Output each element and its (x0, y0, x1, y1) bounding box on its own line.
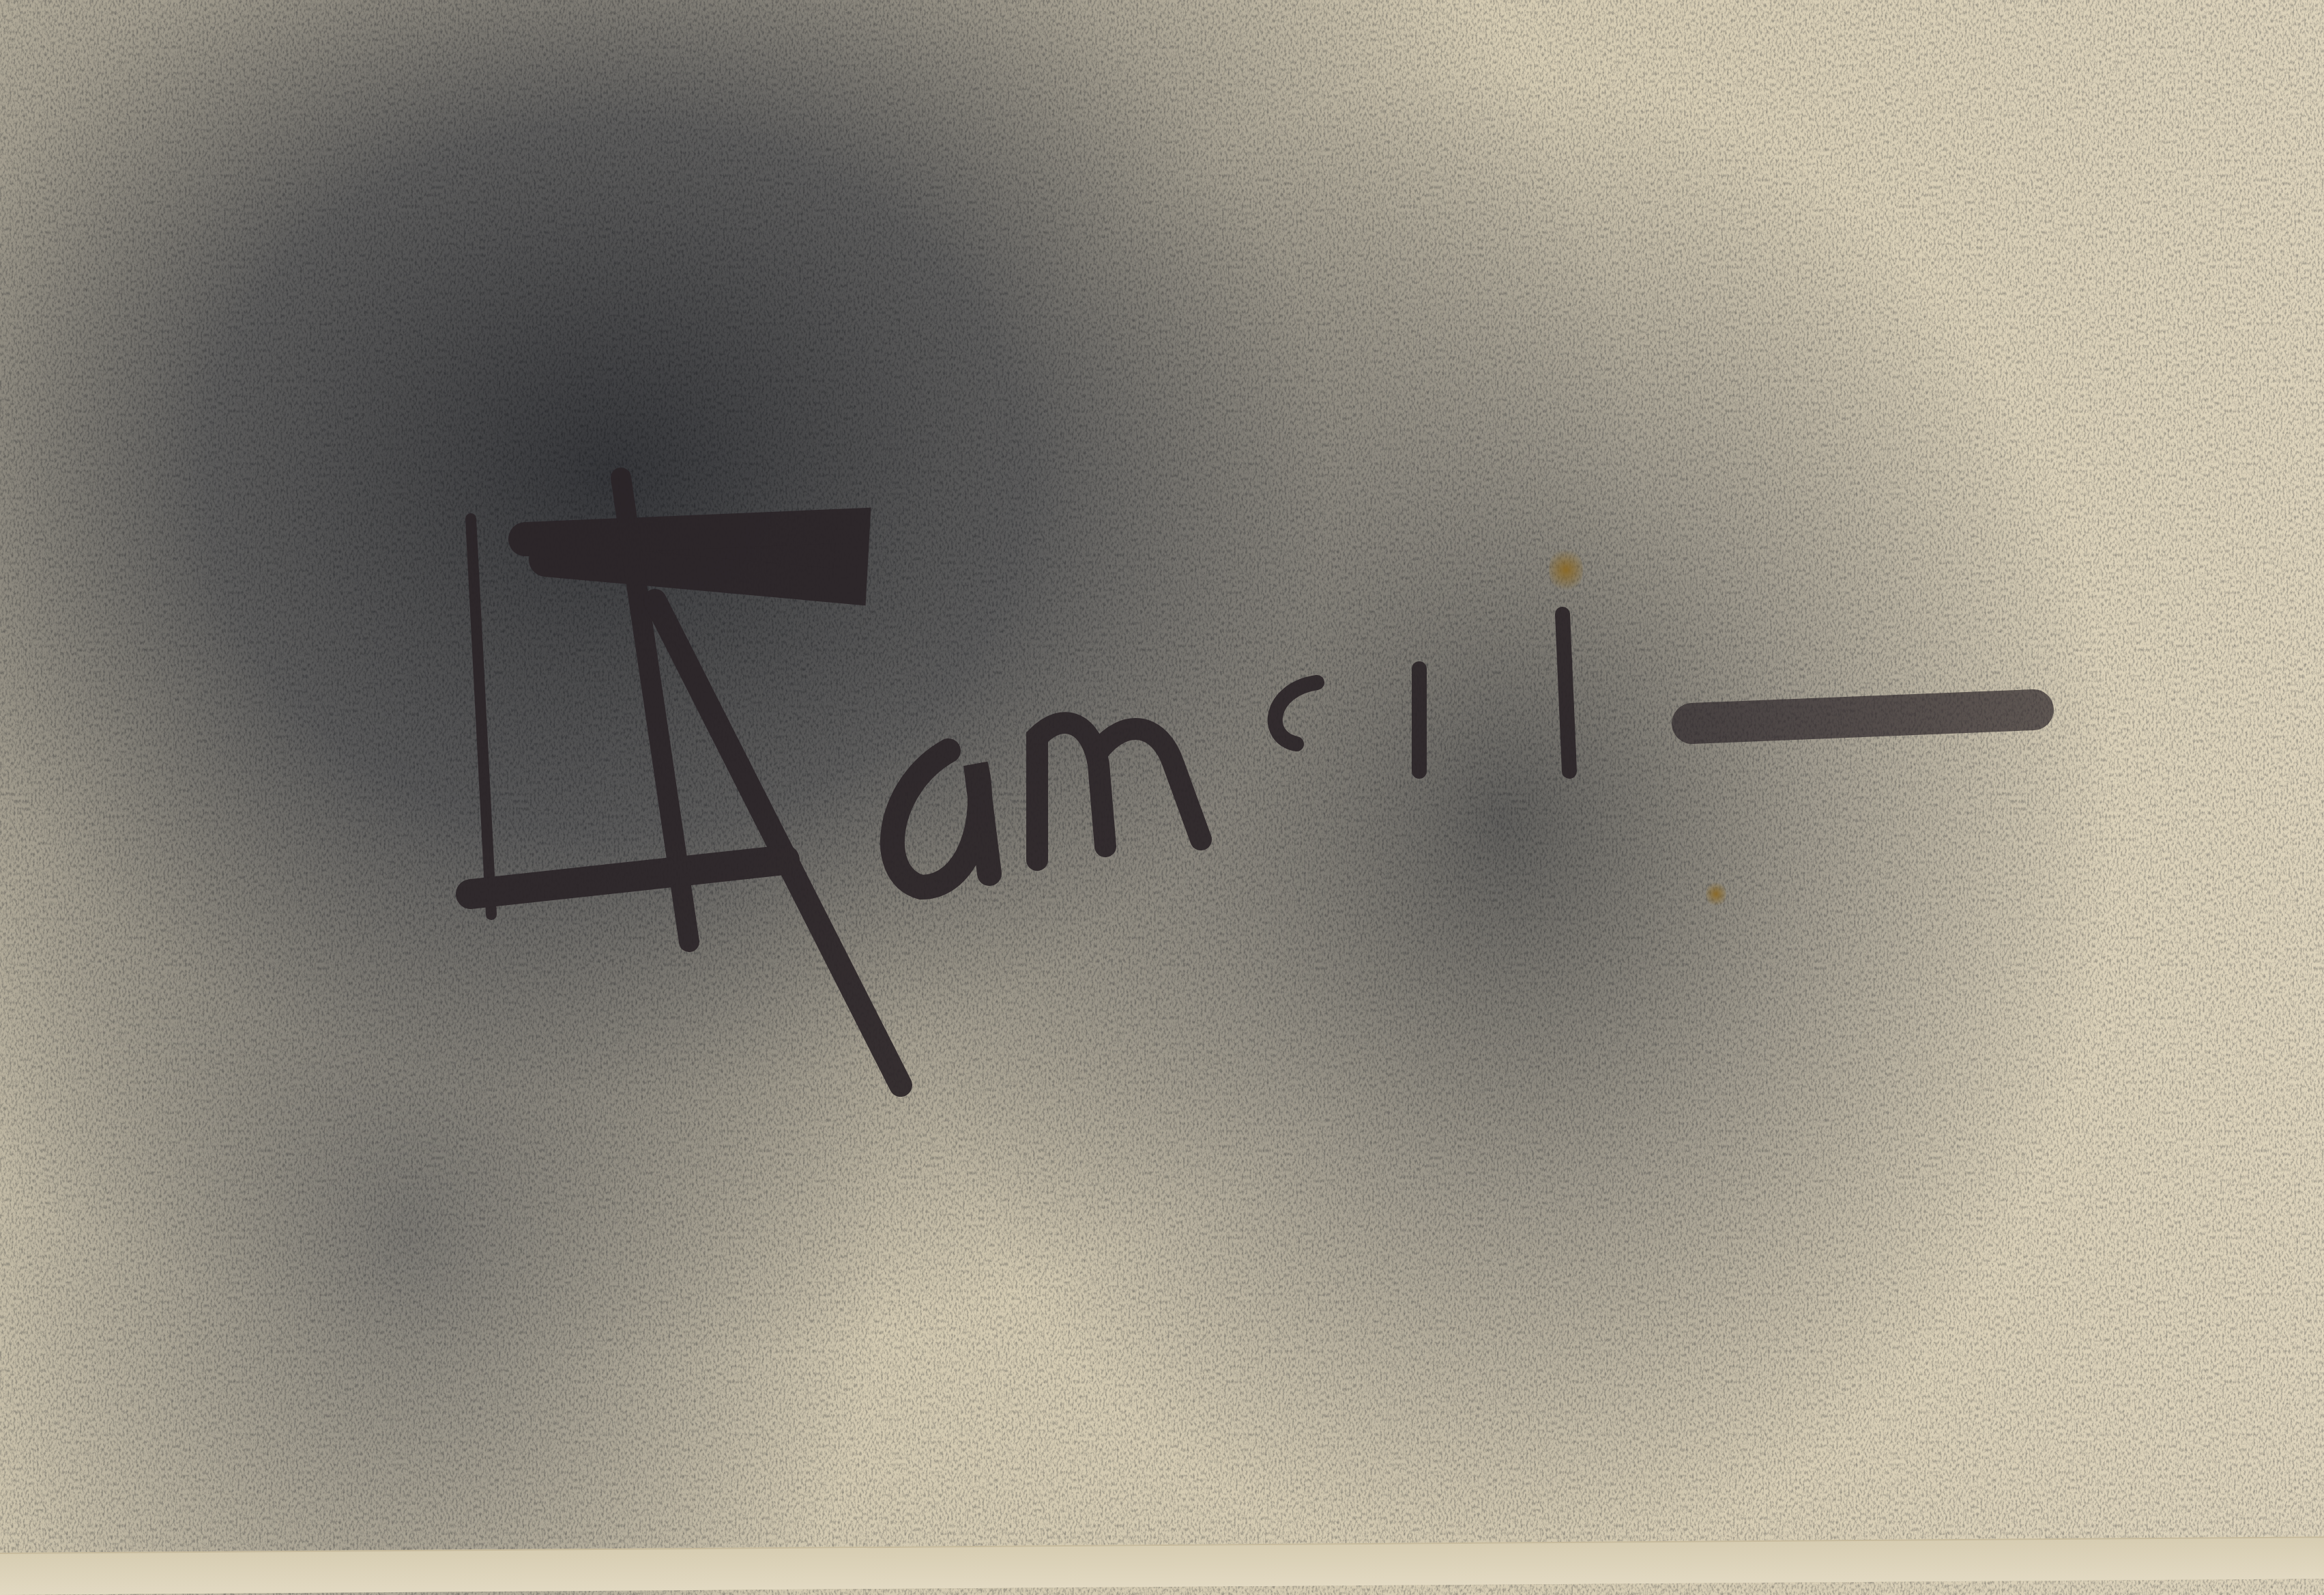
rust-stain (1549, 546, 1583, 594)
charcoal-drawing-photo: Ramcii (0, 0, 2324, 1595)
artist-signature (0, 0, 2324, 1595)
rust-stain (1706, 880, 1726, 908)
